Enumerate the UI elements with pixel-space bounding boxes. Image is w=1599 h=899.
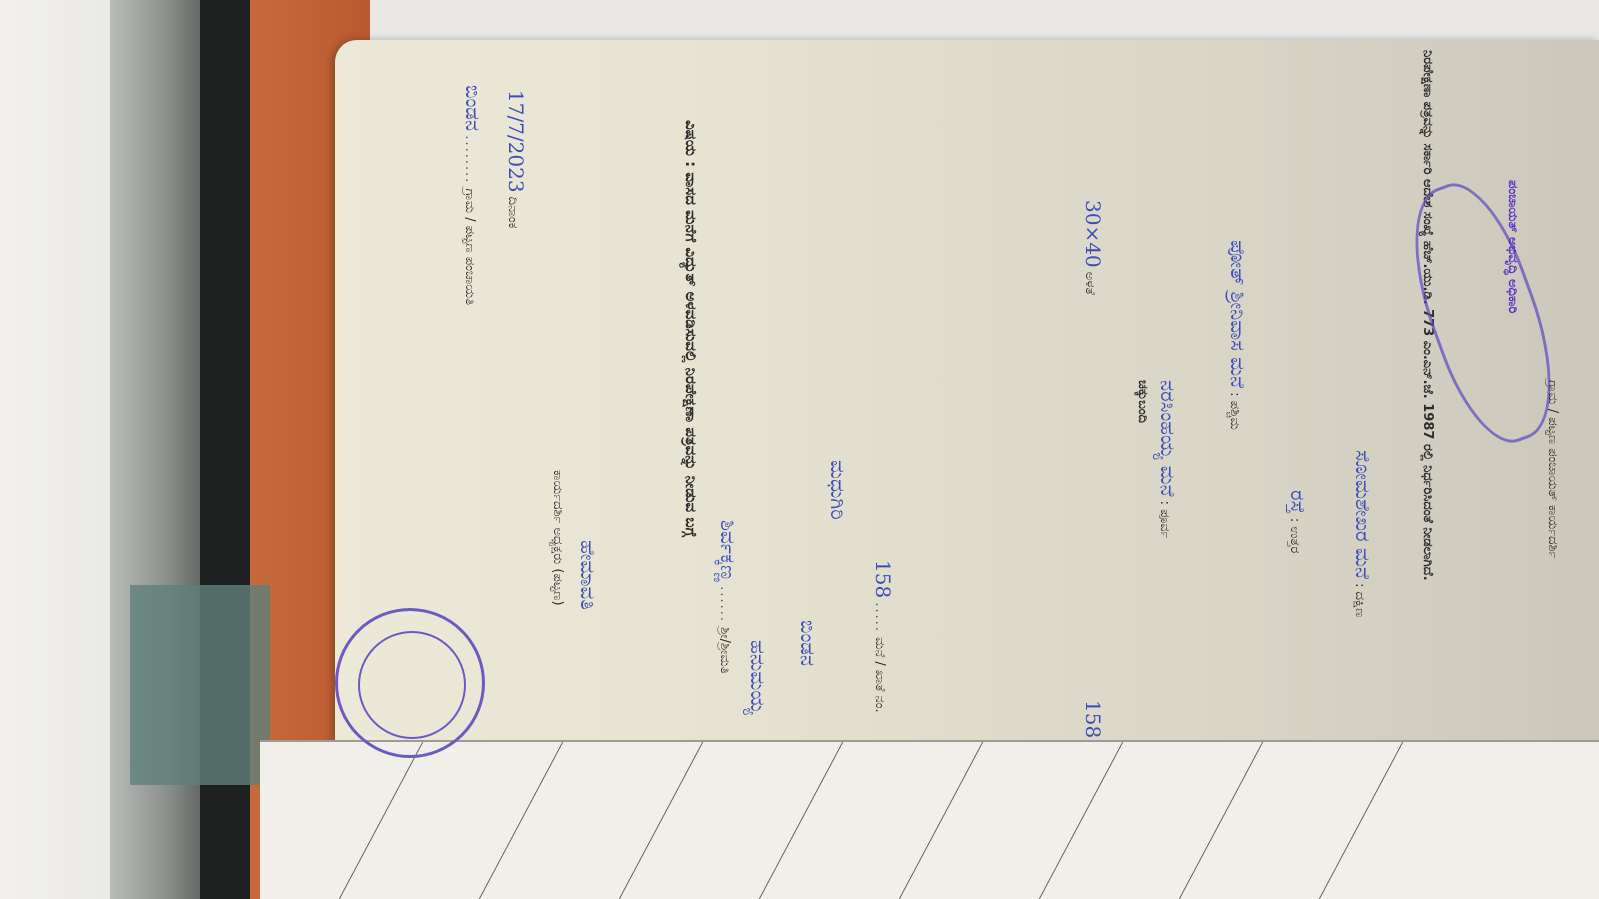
- measurement-row: 30×40 ಅಳತೆ: [1081, 200, 1105, 295]
- field-value-name: ಶಿರ್ವಕ್ಕಣ್ಣ: [716, 520, 740, 582]
- header-date: 17/7/2023 ದಿನಾಂಕ: [504, 90, 528, 229]
- measurement-label: ಅಳತೆ: [1082, 272, 1097, 295]
- village-value: ಬಿಂಡನ: [461, 85, 485, 131]
- field-value-house-no: 158: [871, 560, 895, 598]
- boundary-west-label: ಪಶ್ಚಿಮ: [1227, 401, 1242, 430]
- boundary-west-value: ಪೋತ್ ಶ್ರೀನಿವಾಸ ಮನೆ: [1226, 240, 1250, 388]
- office-value: ಹೇಮಾವತಿ: [576, 540, 600, 610]
- boundaries-header: ಚಕ್ಕುಬಂದಿ: [1135, 380, 1150, 423]
- subject-line: ವಿಷಯ : ವಾಸದ ಮನೆಗೆ ವಿದ್ಯುತ್ ಅಳವಡಿಸುವಲ್ಲಿ …: [682, 120, 700, 537]
- signature-label: ಗ್ರಾಮ / ಪಟ್ಟಣ ಪಂಚಾಯತ್ ಕಾರ್ಯದರ್ಶಿ: [1545, 380, 1560, 558]
- boundary-north-value: ರಸ್ತೆ: [1286, 490, 1310, 514]
- ledger-line: [1178, 742, 1264, 899]
- field-value-taluk: ಮಧುಗಿರಿ: [826, 460, 850, 520]
- ledger-line: [618, 742, 704, 899]
- field-row: ಶಿರ್ವಕ್ಕಣ್ಣ ...... ಶ್ರೀ/ಶ್ರೀಮತಿ: [716, 520, 740, 674]
- date-label: ದಿನಾಂಕ: [505, 197, 520, 229]
- boundary-east-value: ನರಸಿಂಹಯ್ಯ ಮನೆ: [1156, 380, 1180, 497]
- field-value-village: ಬಿಂಡನ: [796, 620, 820, 666]
- field-label-house-no: ಮನೆ / ಖಾತೆ ನಂ.: [872, 637, 887, 712]
- field-label-name: ಶ್ರೀ/ಶ್ರೀಮತಿ: [717, 627, 732, 674]
- ledger-book: [260, 740, 1599, 899]
- boundary-east-label: ಪೂರ್ವ: [1157, 509, 1172, 538]
- village-label: ಗ್ರಾಮ / ಪಟ್ಟಣ ಪಂಚಾಯತಿ: [462, 189, 477, 306]
- boundary-north-label: ಉತ್ತರ: [1287, 526, 1302, 553]
- field-row: ಮಧುಗಿರಿ: [826, 460, 850, 520]
- background-book: [130, 585, 270, 785]
- office-line: ಕಾರ್ಯದರ್ಶಿ ಅಧ್ಯಕ್ಷರು (ಪಟ್ಟಣ): [550, 470, 565, 606]
- field-row: ಹನುಮಯ್ಯ: [746, 640, 770, 715]
- ledger-line: [338, 742, 424, 899]
- boundary-south-value: ಸೋಮಶೇಖರ ಮನೆ: [1351, 450, 1375, 579]
- boundary-west: ಪೋತ್ ಶ್ರೀನಿವಾಸ ಮನೆ : ಪಶ್ಚಿಮ: [1226, 240, 1250, 430]
- official-seal: ಪಂಚಾಯತ್ ಅಭಿವೃದ್ಧಿ ಅಧಿಕಾರಿ: [1505, 180, 1520, 313]
- panchayat-stamp: [335, 608, 485, 758]
- field-row: 158 ..... ಮನೆ / ಖಾತೆ ನಂ.: [871, 560, 895, 713]
- office-label: ಕಾರ್ಯದರ್ಶಿ ಅಧ್ಯಕ್ಷರು (ಪಟ್ಟಣ): [550, 470, 565, 606]
- field-value-father: ಹನುಮಯ್ಯ: [746, 640, 770, 715]
- ledger-line: [478, 742, 564, 899]
- property-number-row: 158: [1081, 700, 1105, 738]
- boundary-south-label: ದಕ್ಷಿಣ: [1352, 592, 1367, 618]
- subject-text: ವಿಷಯ : ವಾಸದ ಮನೆಗೆ ವಿದ್ಯುತ್ ಅಳವಡಿಸುವಲ್ಲಿ …: [682, 120, 700, 537]
- ledger-line: [758, 742, 844, 899]
- seal-text: ಪಂಚಾಯತ್ ಅಭಿವೃದ್ಧಿ ಅಧಿಕಾರಿ: [1505, 180, 1520, 313]
- field-row: ಬಿಂಡನ: [796, 620, 820, 666]
- boundary-north: ರಸ್ತೆ : ಉತ್ತರ: [1286, 490, 1310, 553]
- ledger-line: [898, 742, 984, 899]
- header-village: ಬಿಂಡನ ........ ಗ್ರಾಮ / ಪಟ್ಟಣ ಪಂಚಾಯತಿ: [461, 85, 485, 305]
- property-number: 158: [1081, 700, 1105, 738]
- measurement-value: 30×40: [1081, 200, 1105, 268]
- ledger-line: [1038, 742, 1124, 899]
- boundaries-title: ಚಕ್ಕುಬಂದಿ: [1135, 380, 1150, 423]
- boundary-south: ಸೋಮಶೇಖರ ಮನೆ : ದಕ್ಷಿಣ: [1351, 450, 1375, 617]
- office-value-line: ಹೇಮಾವತಿ: [576, 540, 600, 610]
- signature-label-line: ಗ್ರಾಮ / ಪಟ್ಟಣ ಪಂಚಾಯತ್ ಕಾರ್ಯದರ್ಶಿ: [1545, 380, 1560, 558]
- ledger-line: [1318, 742, 1404, 899]
- boundary-east: ನರಸಿಂಹಯ್ಯ ಮನೆ : ಪೂರ್ವ: [1156, 380, 1180, 538]
- date-value: 17/7/2023: [504, 90, 528, 193]
